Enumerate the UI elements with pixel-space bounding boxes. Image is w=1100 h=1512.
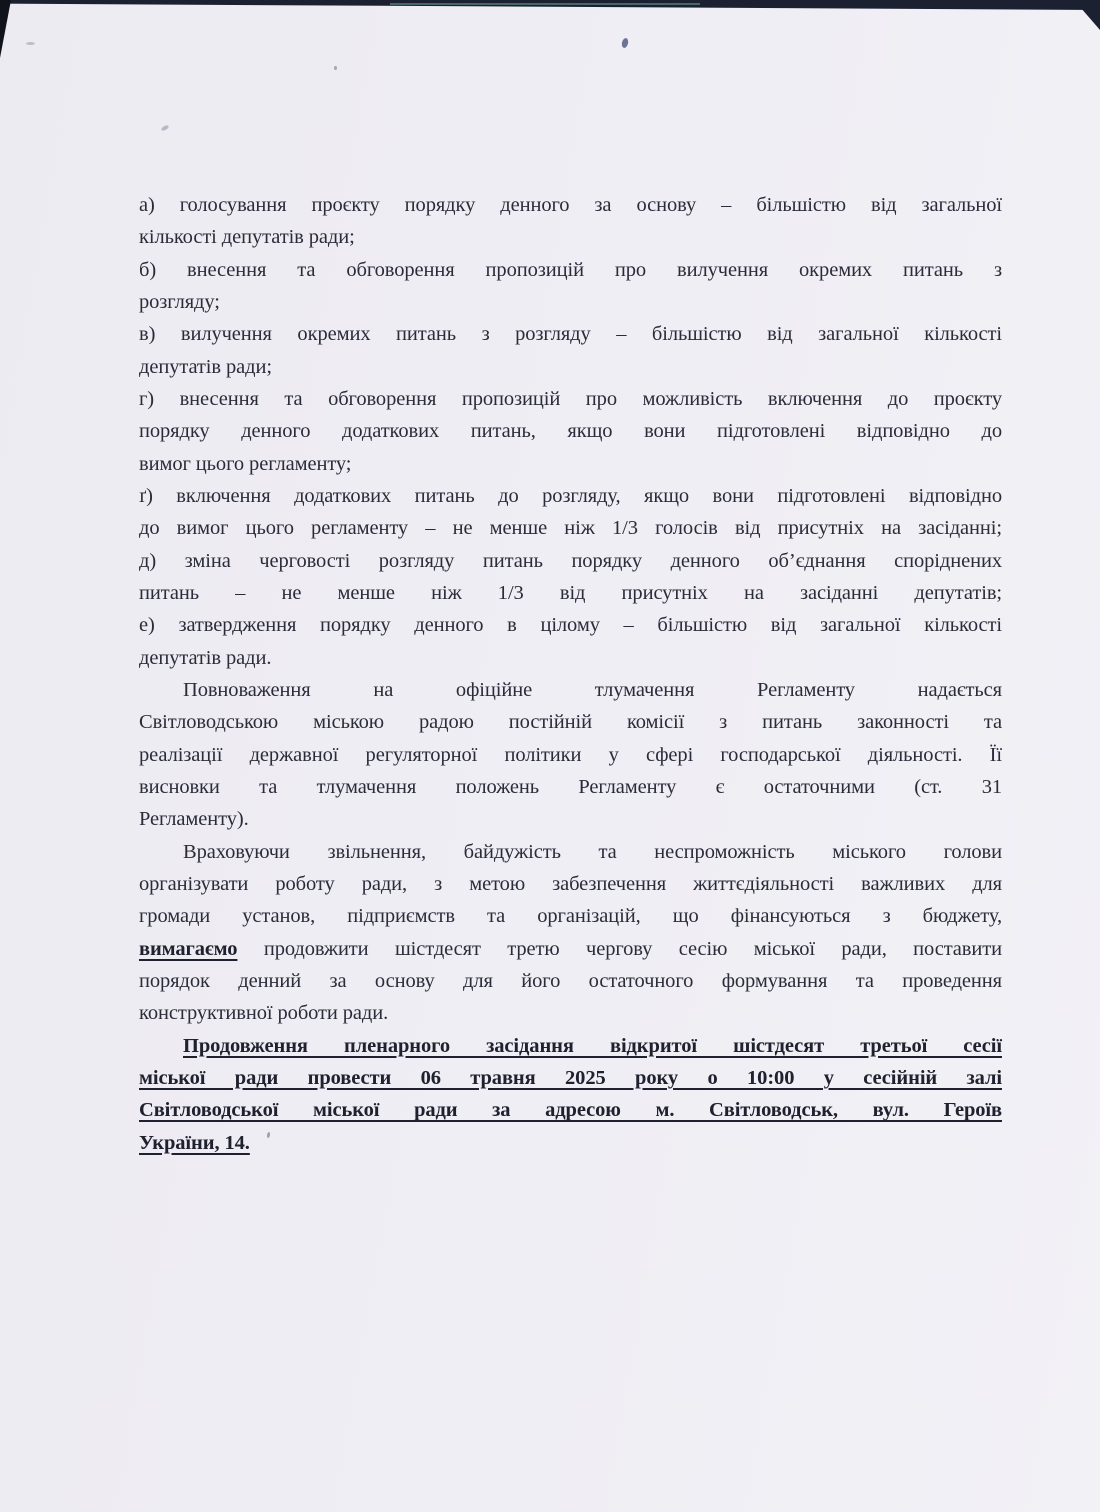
text-line: України, 14. <box>139 1127 1002 1159</box>
scan-speck <box>334 66 337 70</box>
text-line: Світловодської міської ради за адресою м… <box>139 1094 1002 1126</box>
text-run: Регламенту). <box>139 808 249 830</box>
text-run: Світловодської міської ради за адресою м… <box>139 1099 1002 1121</box>
text-line: г) внесення та обговорення пропозицій пр… <box>139 383 1002 415</box>
text-run: депутатів ради. <box>139 647 271 669</box>
text-line: Світловодською міською радою постійній к… <box>139 706 1002 738</box>
text-run: розгляду; <box>139 291 220 313</box>
text-run: продовжити шістдесят третю чергову сесію… <box>237 938 1002 960</box>
text-run: України, 14. <box>139 1132 250 1154</box>
text-run: до вимог цього регламенту – не менше ніж… <box>139 517 1002 539</box>
paragraph-interpretation: Повноваження на офіційне тлумачення Регл… <box>139 674 1002 836</box>
paragraph-item-v: в) вилучення окремих питань з розгляду –… <box>139 318 1002 383</box>
text-line: кількості депутатів ради; <box>139 221 1002 253</box>
text-line: питань – не менше ніж 1/3 від присутніх … <box>139 577 1002 609</box>
text-run: г) внесення та обговорення пропозицій пр… <box>139 388 1002 410</box>
text-line: громади установ, підприємств та організа… <box>139 900 1002 932</box>
text-run: реалізації державної регуляторної політи… <box>139 744 1002 766</box>
text-run: Враховуючи звільнення, байдужість та нес… <box>183 841 1002 863</box>
text-line: б) внесення та обговорення пропозицій пр… <box>139 254 1002 286</box>
text-run: міської ради провести 06 травня 2025 рок… <box>139 1067 1002 1089</box>
text-line: Враховуючи звільнення, байдужість та нес… <box>139 836 1002 868</box>
text-run: порядку денного додаткових питань, якщо … <box>139 420 1002 442</box>
scan-edge-top <box>0 0 1100 12</box>
text-run: висновки та тлумачення положень Регламен… <box>139 776 1002 798</box>
text-run: Продовження пленарного засідання відкрит… <box>183 1035 1002 1057</box>
text-run: громади установ, підприємств та організа… <box>139 905 1002 927</box>
text-line: розгляду; <box>139 286 1002 318</box>
text-line: Регламенту). <box>139 803 1002 835</box>
text-run: Повноваження на офіційне тлумачення Регл… <box>183 679 1002 701</box>
scan-speck <box>621 37 629 48</box>
document-body: а) голосування проєкту порядку денного з… <box>139 189 1002 1159</box>
text-line: організувати роботу ради, з метою забезп… <box>139 868 1002 900</box>
text-run: порядок денний за основу для його остато… <box>139 970 1002 992</box>
text-run: кількості депутатів ради; <box>139 226 355 248</box>
text-run: д) зміна черговості розгляду питань поря… <box>139 550 1002 572</box>
scan-speck <box>161 124 170 131</box>
text-run: депутатів ради; <box>139 356 272 378</box>
paragraph-item-b: б) внесення та обговорення пропозицій пр… <box>139 254 1002 319</box>
scan-corner-top-left <box>0 0 11 58</box>
paragraph-item-g: ґ) включення додаткових питань до розгля… <box>139 480 1002 545</box>
text-line: е) затвердження порядку денного в цілому… <box>139 609 1002 641</box>
text-run: питань – не менше ніж 1/3 від присутніх … <box>139 582 1002 604</box>
emphasized-text: вимагаємо <box>139 938 237 960</box>
paragraph-item-d: д) зміна черговості розгляду питань поря… <box>139 545 1002 610</box>
text-run: б) внесення та обговорення пропозицій пр… <box>139 259 1002 281</box>
paragraph-item-h: г) внесення та обговорення пропозицій пр… <box>139 383 1002 480</box>
text-run: конструктивної роботи ради. <box>139 1002 388 1024</box>
text-line: в) вилучення окремих питань з розгляду –… <box>139 318 1002 350</box>
text-run: е) затвердження порядку денного в цілому… <box>139 614 1002 636</box>
text-line: до вимог цього регламенту – не менше ніж… <box>139 512 1002 544</box>
text-line: вимагаємо продовжити шістдесят третю чер… <box>139 933 1002 965</box>
text-line: ґ) включення додаткових питань до розгля… <box>139 480 1002 512</box>
scan-edge-glint <box>390 3 700 5</box>
scan-speck <box>26 42 35 45</box>
text-line: міської ради провести 06 травня 2025 рок… <box>139 1062 1002 1094</box>
text-run: а) голосування проєкту порядку денного з… <box>139 194 1002 216</box>
paragraph-item-a: а) голосування проєкту порядку денного з… <box>139 189 1002 254</box>
text-line: а) голосування проєкту порядку денного з… <box>139 189 1002 221</box>
text-run: ґ) включення додаткових питань до розгля… <box>139 485 1002 507</box>
text-line: депутатів ради; <box>139 351 1002 383</box>
text-run: Світловодською міською радою постійній к… <box>139 711 1002 733</box>
text-line: конструктивної роботи ради. <box>139 997 1002 1029</box>
text-line: висновки та тлумачення положень Регламен… <box>139 771 1002 803</box>
paragraph-item-e: е) затвердження порядку денного в цілому… <box>139 609 1002 674</box>
text-line: вимог цього регламенту; <box>139 448 1002 480</box>
scan-corner-top-right <box>1074 0 1100 30</box>
text-line: порядку денного додаткових питань, якщо … <box>139 415 1002 447</box>
text-run: організувати роботу ради, з метою забезп… <box>139 873 1002 895</box>
text-line: депутатів ради. <box>139 642 1002 674</box>
text-line: Повноваження на офіційне тлумачення Регл… <box>139 674 1002 706</box>
text-line: Продовження пленарного засідання відкрит… <box>139 1030 1002 1062</box>
text-run: в) вилучення окремих питань з розгляду –… <box>139 323 1002 345</box>
text-line: реалізації державної регуляторної політи… <box>139 739 1002 771</box>
text-line: д) зміна черговості розгляду питань поря… <box>139 545 1002 577</box>
text-run: вимог цього регламенту; <box>139 453 351 475</box>
scanned-document-page: а) голосування проєкту порядку денного з… <box>0 0 1100 1512</box>
paragraph-demand: Враховуючи звільнення, байдужість та нес… <box>139 836 1002 1030</box>
text-line: порядок денний за основу для його остато… <box>139 965 1002 997</box>
paragraph-resolution: Продовження пленарного засідання відкрит… <box>139 1030 1002 1159</box>
